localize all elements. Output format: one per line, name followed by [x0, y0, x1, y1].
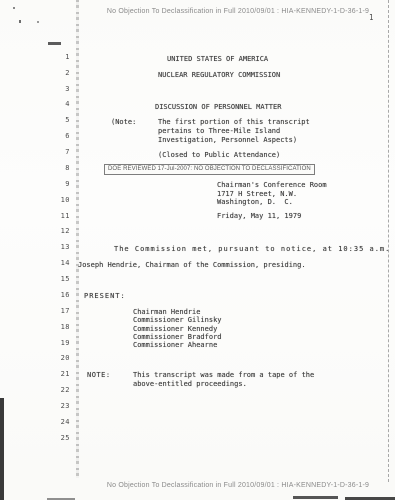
line-number: 9 [44, 180, 70, 188]
present-label: PRESENT: [84, 292, 126, 300]
line-number: 10 [44, 196, 70, 204]
date-line: Friday, May 11, 1979 [217, 212, 301, 220]
note-line: Investigation, Personnel Aspects) [158, 136, 297, 144]
line-number: 22 [44, 386, 70, 394]
line-number: 18 [44, 323, 70, 331]
scan-speck [13, 7, 15, 9]
line-number: 24 [44, 418, 70, 426]
line-number: 8 [44, 164, 70, 172]
note-label: (Note: [111, 118, 136, 126]
line-number: 6 [44, 132, 70, 140]
attendee-line: Commissioner Bradford [133, 333, 222, 341]
attendee-line: Chairman Hendrie [133, 308, 200, 316]
line-number: 1 [44, 53, 70, 61]
commission-met-line: The Commission met, pursuant to notice, … [114, 245, 390, 253]
presiding-line: Joseph Hendrie, Chairman of the Commissi… [78, 261, 306, 269]
title-line-1: UNITED STATES OF AMERICA [167, 55, 268, 63]
location-line: Chairman's Conference Room [217, 181, 327, 189]
line-number: 2 [44, 69, 70, 77]
line-number: 4 [44, 100, 70, 108]
document-page: No Objection To Declassification in Full… [0, 0, 395, 500]
declassification-header: No Objection To Declassification in Full… [92, 8, 384, 15]
bottom-scan-bar [293, 496, 338, 499]
left-margin-rule [76, 0, 79, 478]
attendee-line: Commissioner Gilinsky [133, 316, 222, 324]
closed-session-line: (Closed to Public Attendance) [158, 151, 280, 159]
line-number: 19 [44, 339, 70, 347]
line-number: 15 [44, 275, 70, 283]
note2-label: NOTE: [87, 371, 111, 379]
line-number: 20 [44, 354, 70, 362]
doe-review-stamp: DOE REVIEWED 17-Jul-2007: NO OBJECTION T… [104, 164, 315, 175]
line-number: 3 [44, 85, 70, 93]
note-line: pertains to Three-Mile Island [158, 127, 280, 135]
subject-line: DISCUSSION OF PERSONNEL MATTER [155, 103, 281, 111]
attendee-line: Commissioner Ahearne [133, 341, 217, 349]
declassification-footer: No Objection To Declassification in Full… [92, 482, 384, 489]
line-number: 7 [44, 148, 70, 156]
left-edge-scan-bar [0, 398, 4, 500]
scan-speck [37, 21, 39, 23]
right-edge-dashed-line [388, 0, 389, 482]
line-number: 13 [44, 243, 70, 251]
line-number: 11 [44, 212, 70, 220]
line-number: 17 [44, 307, 70, 315]
location-line: 1717 H Street, N.W. [217, 190, 297, 198]
note2-line: above-entitled proceedings. [133, 380, 247, 388]
note2-line: This transcript was made from a tape of … [133, 371, 314, 379]
line-number: 21 [44, 370, 70, 378]
title-line-2: NUCLEAR REGULATORY COMMISSION [158, 71, 280, 79]
margin-dash-mark [48, 42, 61, 45]
note-line: The first portion of this transcript [158, 118, 310, 126]
line-number: 23 [44, 402, 70, 410]
scan-speck [19, 20, 21, 23]
location-line: Washington, D. C. [217, 198, 293, 206]
line-number: 16 [44, 291, 70, 299]
line-number: 12 [44, 227, 70, 235]
line-number: 25 [44, 434, 70, 442]
page-number: 1 [369, 13, 374, 22]
line-number: 5 [44, 116, 70, 124]
line-number: 14 [44, 259, 70, 267]
attendee-line: Commissioner Kennedy [133, 325, 217, 333]
